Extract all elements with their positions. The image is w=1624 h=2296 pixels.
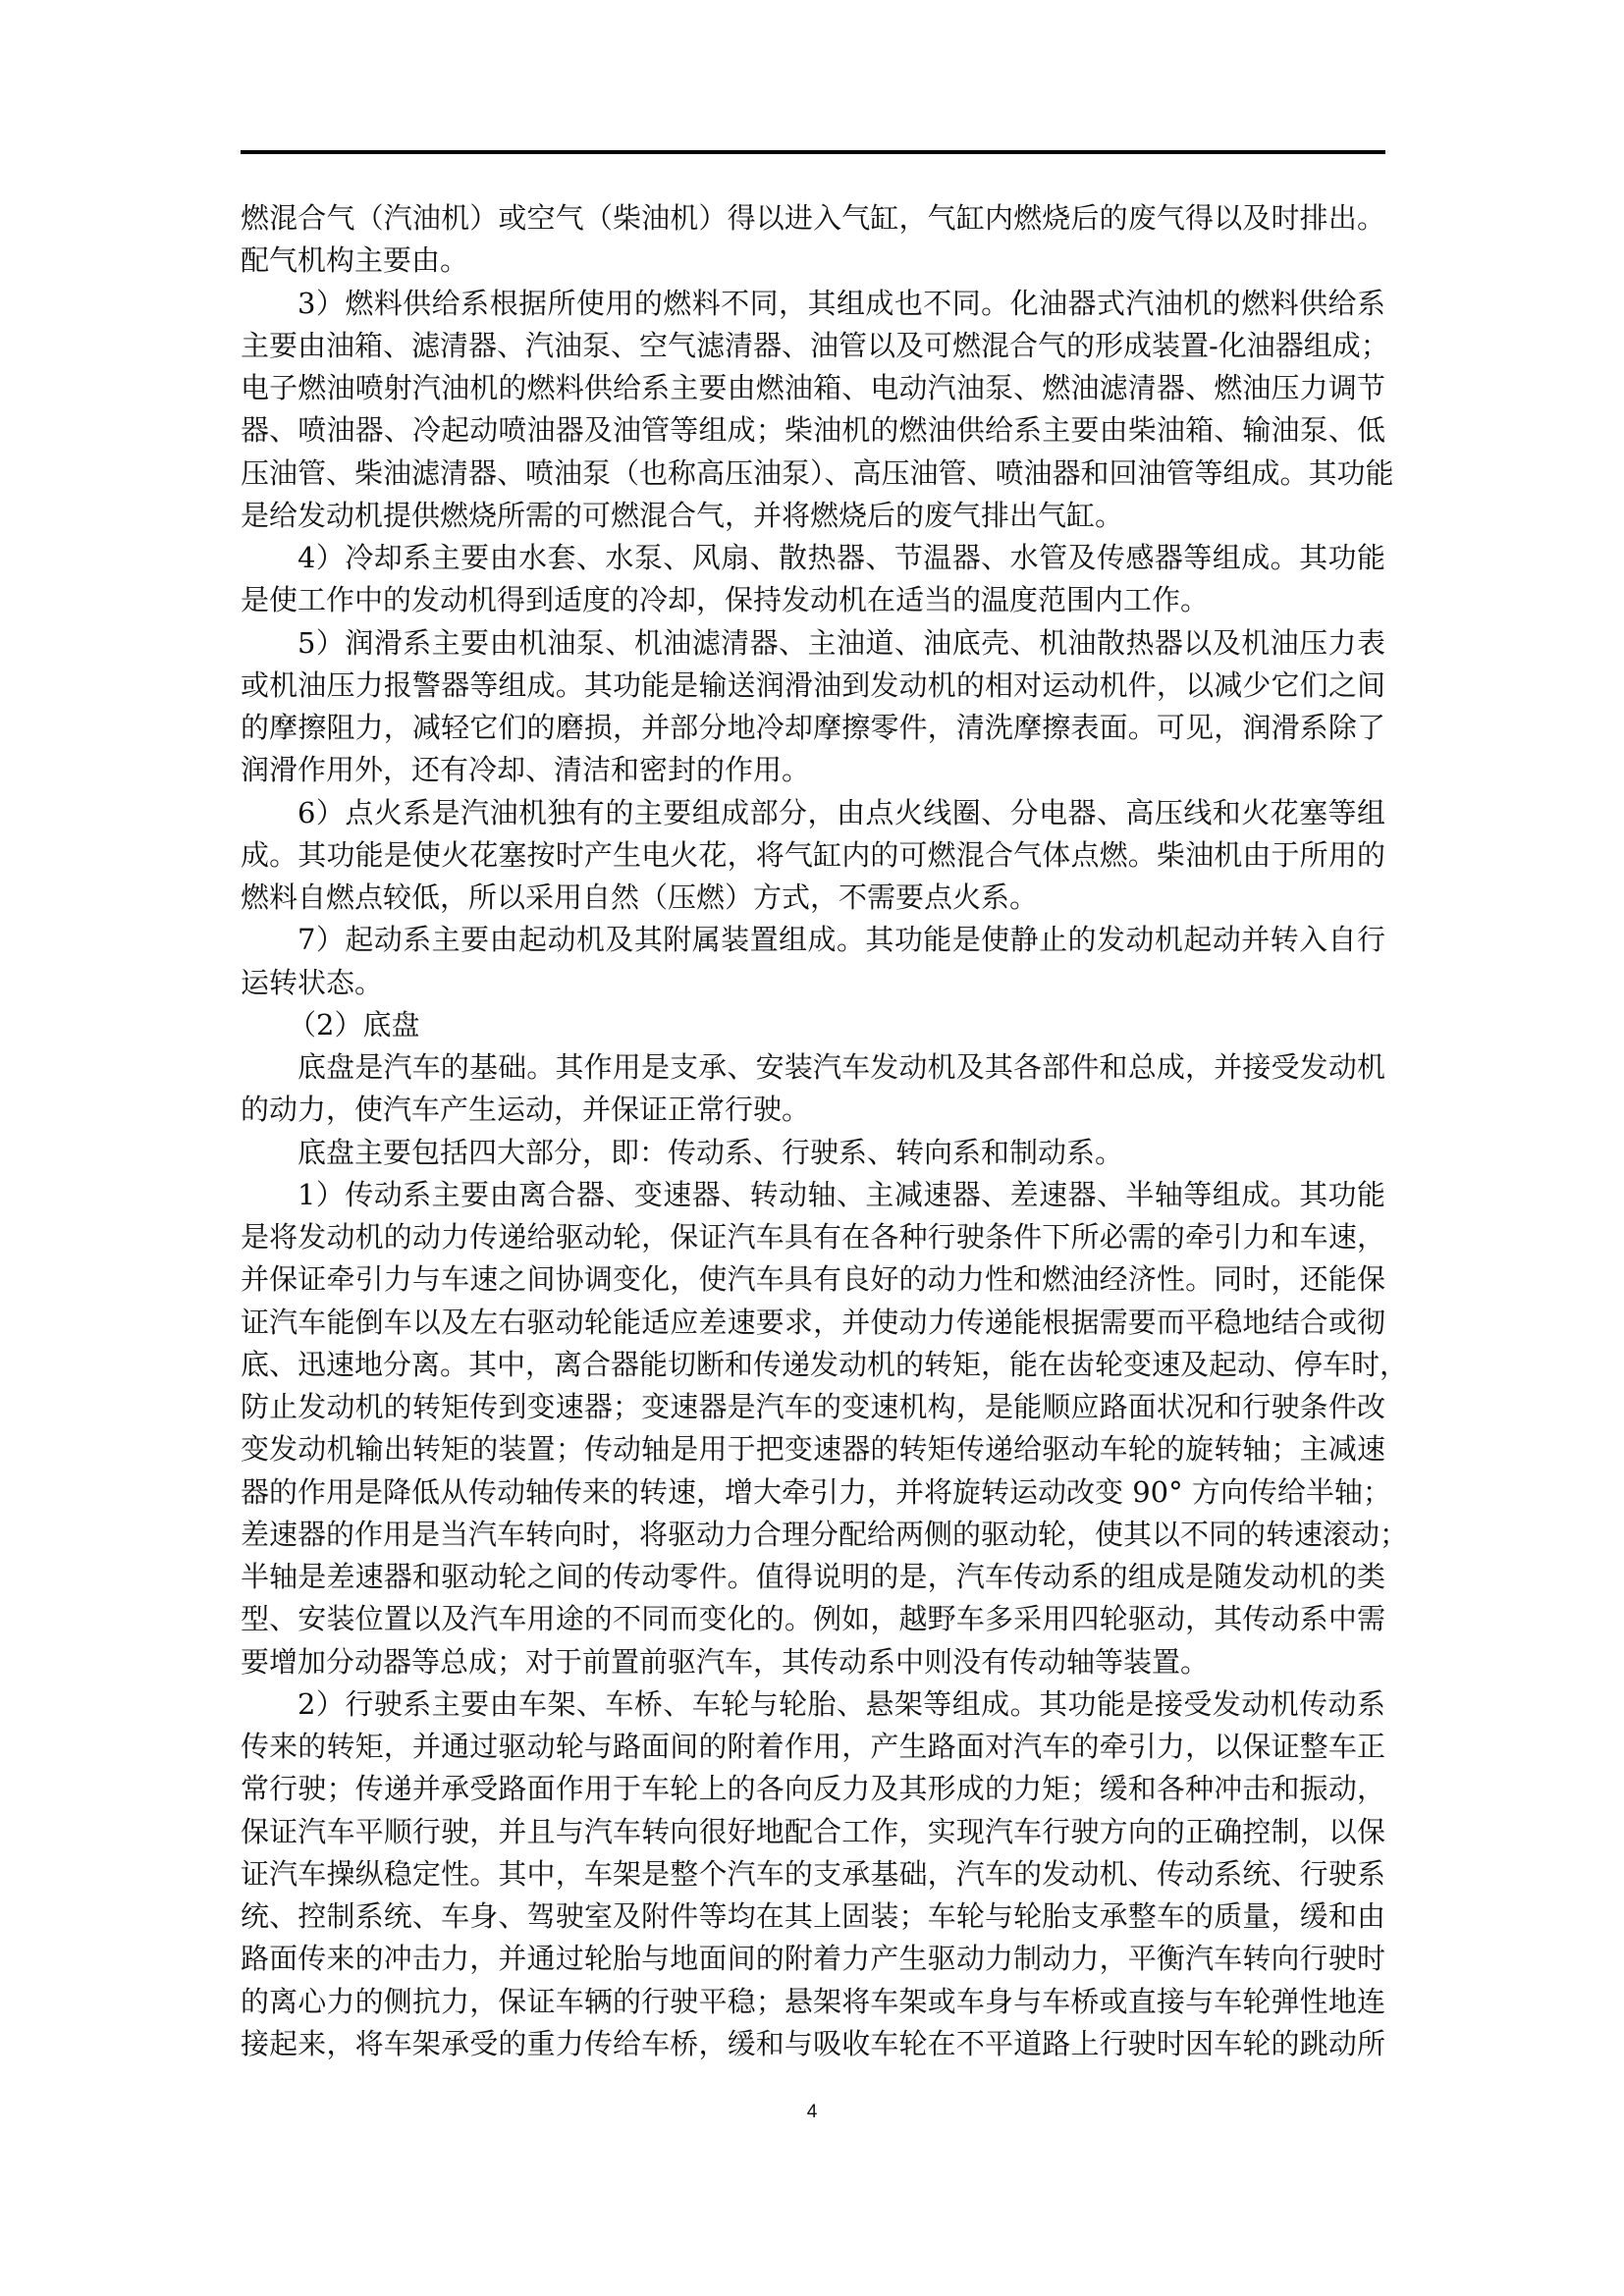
text-line: 差速器的作用是当汽车转向时，将驱动力合理分配给两侧的驱动轮，使其以不同的转速滚动…: [241, 1514, 1385, 1556]
text-line: 器、喷油器、冷起动喷油器及油管等组成；柴油机的燃油供给系主要由柴油箱、输油泵、低: [241, 409, 1385, 452]
text-line: 是将发动机的动力传递给驱动轮，保证汽车具有在各种行驶条件下所必需的牵引力和车速，: [241, 1216, 1385, 1258]
text-line: 1）传动系主要由离合器、变速器、转动轴、主减速器、差速器、半轴等组成。其功能: [241, 1174, 1385, 1216]
page-number: 4: [0, 2102, 1624, 2123]
text-line: 的离心力的侧抗力，保证车辆的行驶平稳；悬架将车架或车身与车桥或直接与车轮弹性地连: [241, 1981, 1385, 2023]
paragraph-lubrication-system: 5）润滑系主要由机油泵、机油滤清器、主油道、油底壳、机油散热器以及机油压力表 或…: [241, 622, 1385, 792]
text-line: 证汽车操纵稳定性。其中，车架是整个汽车的支承基础，汽车的发动机、传动系统、行驶系: [241, 1853, 1385, 1896]
text-line: 底、迅速地分离。其中，离合器能切断和传递发动机的转矩，能在齿轮变速及起动、停车时…: [241, 1344, 1385, 1386]
text-line: 防止发动机的转矩传到变速器；变速器是汽车的变速机构，是能顺应路面状况和行驶条件改: [241, 1386, 1385, 1428]
body-text: 燃混合气（汽油机）或空气（柴油机）得以进入气缸，气缸内燃烧后的废气得以及时排出。…: [241, 197, 1385, 2065]
paragraph-running-system: 2）行驶系主要由车架、车桥、车轮与轮胎、悬架等组成。其功能是接受发动机传动系 传…: [241, 1683, 1385, 2065]
section-heading: （2）底盘: [241, 1004, 1385, 1046]
text-line: 燃料自燃点较低，所以采用自然（压燃）方式，不需要点火系。: [241, 877, 1385, 919]
document-page: 燃混合气（汽油机）或空气（柴油机）得以进入气缸，气缸内燃烧后的废气得以及时排出。…: [0, 0, 1624, 2296]
text-line: 接起来，将车架承受的重力传给车桥，缓和与吸收车轮在不平道路上行驶时因车轮的跳动所: [241, 2023, 1385, 2065]
text-line: 传来的转矩，并通过驱动轮与路面间的附着作用，产生路面对汽车的牵引力，以保证整车正: [241, 1726, 1385, 1768]
text-line: 成。其功能是使火花塞按时产生电火花，将气缸内的可燃混合气体点燃。柴油机由于所用的: [241, 834, 1385, 877]
text-line: 或机油压力报警器等组成。其功能是输送润滑油到发动机的相对运动机件，以减少它们之间: [241, 665, 1385, 707]
text-line: 型、安装位置以及汽车用途的不同而变化的。例如，越野车多采用四轮驱动，其传动系中需: [241, 1598, 1385, 1640]
text-line: 底盘主要包括四大部分，即：传动系、行驶系、转向系和制动系。: [241, 1132, 1385, 1174]
text-line: 3）燃料供给系根据所使用的燃料不同，其组成也不同。化油器式汽油机的燃料供给系: [241, 283, 1385, 325]
text-line: 常行驶；传递并承受路面作用于车轮上的各向反力及其形成的力矩；缓和各种冲击和振动，: [241, 1768, 1385, 1810]
text-line: 主要由油箱、滤清器、汽油泵、空气滤清器、油管以及可燃混合气的形成装置-化油器组成…: [241, 325, 1385, 367]
text-line: 并保证牵引力与车速之间协调变化，使汽车具有良好的动力性和燃油经济性。同时，还能保: [241, 1258, 1385, 1301]
text-line: 配气机构主要由。: [241, 240, 1385, 282]
text-line: 6）点火系是汽油机独有的主要组成部分，由点火线圈、分电器、高压线和火花塞等组: [241, 792, 1385, 834]
text-line: 要增加分动器等总成；对于前置前驱汽车，其传动系中则没有传动轴等装置。: [241, 1641, 1385, 1683]
text-line: 路面传来的冲击力，并通过轮胎与地面间的附着力产生驱动力制动力，平衡汽车转向行驶时: [241, 1938, 1385, 1980]
header-rule: [241, 150, 1385, 154]
text-line: 的动力，使汽车产生运动，并保证正常行驶。: [241, 1089, 1385, 1131]
text-line: 是给发动机提供燃烧所需的可燃混合气，并将燃烧后的废气排出气缸。: [241, 495, 1385, 537]
paragraph-cooling-system: 4）冷却系主要由水套、水泵、风扇、散热器、节温器、水管及传感器等组成。其功能 是…: [241, 537, 1385, 622]
text-line: 2）行驶系主要由车架、车桥、车轮与轮胎、悬架等组成。其功能是接受发动机传动系: [241, 1683, 1385, 1726]
text-line: 变发动机输出转矩的装置；传动轴是用于把变速器的转矩传递给驱动车轮的旋转轴；主减速: [241, 1428, 1385, 1470]
paragraph-chassis-intro: 底盘是汽车的基础。其作用是支承、安装汽车发动机及其各部件和总成，并接受发动机 的…: [241, 1046, 1385, 1132]
paragraph-continuation: 燃混合气（汽油机）或空气（柴油机）得以进入气缸，气缸内燃烧后的废气得以及时排出。…: [241, 197, 1385, 283]
text-line: 压油管、柴油滤清器、喷油泵（也称高压油泵）、高压油管、喷油器和回油管等组成。其功…: [241, 453, 1385, 495]
text-line: 运转状态。: [241, 962, 1385, 1004]
text-line: 燃混合气（汽油机）或空气（柴油机）得以进入气缸，气缸内燃烧后的废气得以及时排出。: [241, 197, 1385, 240]
paragraph-chassis-parts: 底盘主要包括四大部分，即：传动系、行驶系、转向系和制动系。: [241, 1132, 1385, 1174]
paragraph-ignition-system: 6）点火系是汽油机独有的主要组成部分，由点火线圈、分电器、高压线和火花塞等组 成…: [241, 792, 1385, 920]
section-heading-chassis: （2）底盘: [241, 1004, 1385, 1046]
text-line: 是使工作中的发动机得到适度的冷却，保持发动机在适当的温度范围内工作。: [241, 579, 1385, 621]
text-line: 的摩擦阻力，减轻它们的磨损，并部分地冷却摩擦零件，清洗摩擦表面。可见，润滑系除了: [241, 707, 1385, 749]
text-line: 4）冷却系主要由水套、水泵、风扇、散热器、节温器、水管及传感器等组成。其功能: [241, 537, 1385, 579]
text-line: 润滑作用外，还有冷却、清洁和密封的作用。: [241, 749, 1385, 791]
text-line: 5）润滑系主要由机油泵、机油滤清器、主油道、油底壳、机油散热器以及机油压力表: [241, 622, 1385, 665]
paragraph-transmission-system: 1）传动系主要由离合器、变速器、转动轴、主减速器、差速器、半轴等组成。其功能 是…: [241, 1174, 1385, 1683]
paragraph-starting-system: 7）起动系主要由起动机及其附属装置组成。其功能是使静止的发动机起动并转入自行 运…: [241, 919, 1385, 1004]
text-line: 7）起动系主要由起动机及其附属装置组成。其功能是使静止的发动机起动并转入自行: [241, 919, 1385, 961]
text-line: 统、控制系统、车身、驾驶室及附件等均在其上固装；车轮与轮胎支承整车的质量，缓和由: [241, 1896, 1385, 1938]
text-line: 保证汽车平顺行驶，并且与汽车转向很好地配合工作，实现汽车行驶方向的正确控制，以保: [241, 1811, 1385, 1853]
text-line: 底盘是汽车的基础。其作用是支承、安装汽车发动机及其各部件和总成，并接受发动机: [241, 1046, 1385, 1089]
text-line: 电子燃油喷射汽油机的燃料供给系主要由燃油箱、电动汽油泵、燃油滤清器、燃油压力调节: [241, 367, 1385, 409]
text-line: 证汽车能倒车以及左右驱动轮能适应差速要求，并使动力传递能根据需要而平稳地结合或彻: [241, 1302, 1385, 1344]
text-line: 半轴是差速器和驱动轮之间的传动零件。值得说明的是，汽车传动系的组成是随发动机的类: [241, 1556, 1385, 1598]
paragraph-fuel-supply-system: 3）燃料供给系根据所使用的燃料不同，其组成也不同。化油器式汽油机的燃料供给系 主…: [241, 283, 1385, 538]
text-line: 器的作用是降低从传动轴传来的转速，增大牵引力，并将旋转运动改变 90° 方向传给…: [241, 1471, 1385, 1514]
